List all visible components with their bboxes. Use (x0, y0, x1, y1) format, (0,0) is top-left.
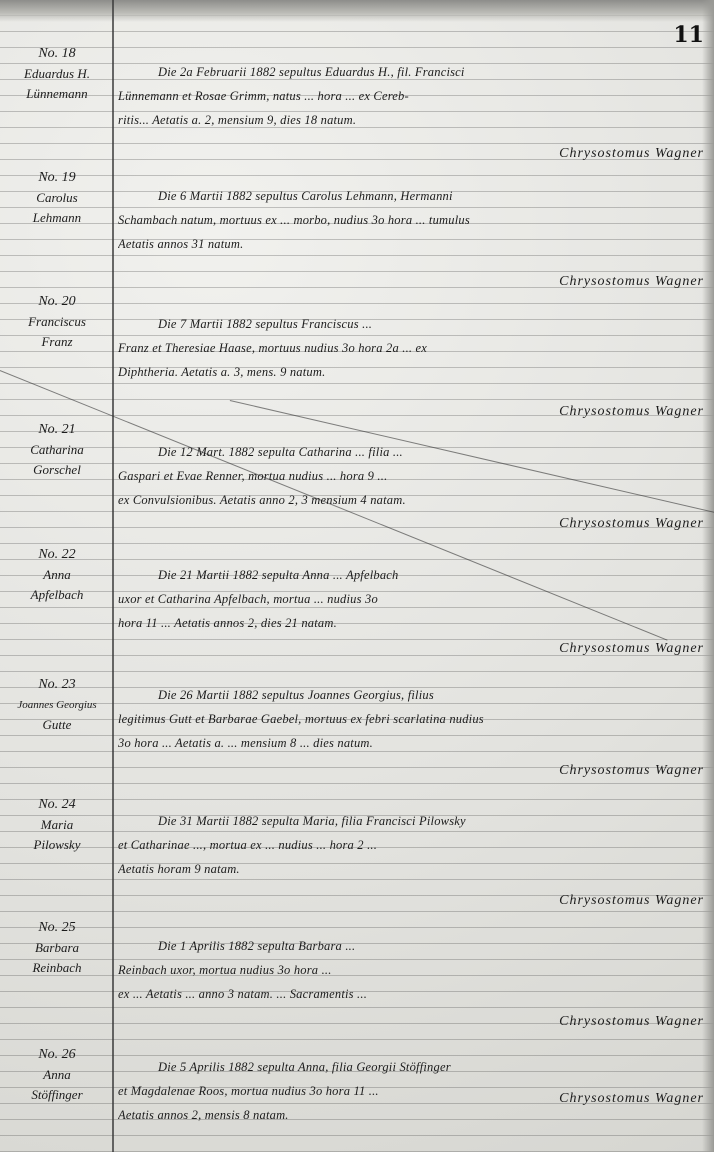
margin-name-line: Carolus (4, 188, 110, 208)
entry-line: Die 5 Aprilis 1882 sepulta Anna, filia G… (118, 1055, 703, 1079)
margin-name-line: Anna (4, 565, 110, 585)
entry-number: No. 19 (4, 168, 110, 188)
entry-text: Die 12 Mart. 1882 sepulta Catharina ... … (118, 440, 703, 512)
entry-number: No. 18 (4, 44, 110, 64)
entry-margin: No. 22 Anna Apfelbach (4, 545, 110, 605)
scan-edge-shadow (0, 0, 714, 22)
entry-line: Die 31 Martii 1882 sepulta Maria, filia … (118, 809, 703, 833)
entry-line: Reinbach uxor, mortua nudius 3o hora ... (118, 958, 703, 982)
entry-text: Die 6 Martii 1882 sepultus Carolus Lehma… (118, 184, 703, 256)
margin-name-line: Franciscus (4, 312, 110, 332)
margin-name-line: Joannes Georgius (4, 695, 110, 715)
margin-rule (112, 0, 114, 1152)
priest-signature: Chrysostomus Wagner (559, 274, 704, 290)
entry-number: No. 21 (4, 420, 110, 440)
margin-name-line: Gutte (4, 715, 110, 735)
register-page: 11 No. 18 Eduardus H. Lünnemann Die 2a F… (0, 0, 714, 1152)
entry-number: No. 20 (4, 292, 110, 312)
entry-line: legitimus Gutt et Barbarae Gaebel, mortu… (118, 707, 703, 731)
margin-name-line: Apfelbach (4, 585, 110, 605)
margin-name-line: Gorschel (4, 460, 110, 480)
entry-line: et Catharinae ..., mortua ex ... nudius … (118, 833, 703, 857)
margin-name-line: Lehmann (4, 208, 110, 228)
entry-line: Aetatis annos 31 natum. (118, 232, 703, 256)
priest-signature: Chrysostomus Wagner (559, 893, 704, 909)
margin-name-line: Pilowsky (4, 835, 110, 855)
entry-line: Aetatis horam 9 natam. (118, 857, 703, 881)
entry-line: Die 6 Martii 1882 sepultus Carolus Lehma… (118, 184, 703, 208)
entry-line: hora 11 ... Aetatis annos 2, dies 21 nat… (118, 611, 703, 635)
priest-signature: Chrysostomus Wagner (559, 641, 704, 657)
entry-number: No. 23 (4, 675, 110, 695)
margin-name-line: Lünnemann (4, 84, 110, 104)
entry-line: ex ... Aetatis ... anno 3 natam. ... Sac… (118, 982, 703, 1006)
entry-line: Lünnemann et Rosae Grimm, natus ... hora… (118, 84, 703, 108)
priest-signature: Chrysostomus Wagner (559, 146, 704, 162)
margin-name-line: Catharina (4, 440, 110, 460)
entry-margin: No. 24 Maria Pilowsky (4, 795, 110, 855)
entry-line: Die 7 Martii 1882 sepultus Franciscus ..… (118, 312, 703, 336)
entry-line: Die 12 Mart. 1882 sepulta Catharina ... … (118, 440, 703, 464)
entry-line: Diphtheria. Aetatis a. 3, mens. 9 natum. (118, 360, 703, 384)
entry-margin: No. 26 Anna Stöffinger (4, 1045, 110, 1105)
entry-text: Die 26 Martii 1882 sepultus Joannes Geor… (118, 683, 703, 755)
entry-margin: No. 18 Eduardus H. Lünnemann (4, 44, 110, 104)
margin-name-line: Franz (4, 332, 110, 352)
priest-signature: Chrysostomus Wagner (559, 763, 704, 779)
entry-text: Die 1 Aprilis 1882 sepulta Barbara ... R… (118, 934, 703, 1006)
entry-margin: No. 20 Franciscus Franz (4, 292, 110, 352)
scan-edge-shadow-right (702, 0, 714, 1152)
entry-number: No. 22 (4, 545, 110, 565)
entry-number: No. 25 (4, 918, 110, 938)
entry-margin: No. 21 Catharina Gorschel (4, 420, 110, 480)
margin-name-line: Maria (4, 815, 110, 835)
entry-margin: No. 19 Carolus Lehmann (4, 168, 110, 228)
entry-line: Die 26 Martii 1882 sepultus Joannes Geor… (118, 683, 703, 707)
priest-signature: Chrysostomus Wagner (559, 1091, 704, 1107)
entry-line: 3o hora ... Aetatis a. ... mensium 8 ...… (118, 731, 703, 755)
entry-number: No. 24 (4, 795, 110, 815)
entry-text: Die 31 Martii 1882 sepulta Maria, filia … (118, 809, 703, 881)
entry-line: Schambach natum, mortuus ex ... morbo, n… (118, 208, 703, 232)
priest-signature: Chrysostomus Wagner (559, 516, 704, 532)
margin-name-line: Anna (4, 1065, 110, 1085)
margin-name-line: Reinbach (4, 958, 110, 978)
entry-line: Die 1 Aprilis 1882 sepulta Barbara ... (118, 934, 703, 958)
entry-line: Die 21 Martii 1882 sepulta Anna ... Apfe… (118, 563, 703, 587)
entry-number: No. 26 (4, 1045, 110, 1065)
priest-signature: Chrysostomus Wagner (559, 404, 704, 420)
margin-name-line: Eduardus H. (4, 64, 110, 84)
entry-text: Die 2a Februarii 1882 sepultus Eduardus … (118, 60, 703, 132)
entry-line: ex Convulsionibus. Aetatis anno 2, 3 men… (118, 488, 703, 512)
margin-name-line: Stöffinger (4, 1085, 110, 1105)
margin-name-line: Barbara (4, 938, 110, 958)
entry-margin: No. 25 Barbara Reinbach (4, 918, 110, 978)
priest-signature: Chrysostomus Wagner (559, 1014, 704, 1030)
entry-margin: No. 23 Joannes Georgius Gutte (4, 675, 110, 735)
entry-line: Franz et Theresiae Haase, mortuus nudius… (118, 336, 703, 360)
entry-line: uxor et Catharina Apfelbach, mortua ... … (118, 587, 703, 611)
entry-line: Gaspari et Evae Renner, mortua nudius ..… (118, 464, 703, 488)
entry-text: Die 7 Martii 1882 sepultus Franciscus ..… (118, 312, 703, 384)
entry-line: ritis... Aetatis a. 2, mensium 9, dies 1… (118, 108, 703, 132)
entry-text: Die 21 Martii 1882 sepulta Anna ... Apfe… (118, 563, 703, 635)
entry-line: Die 2a Februarii 1882 sepultus Eduardus … (118, 60, 703, 84)
page-number: 11 (673, 22, 704, 48)
